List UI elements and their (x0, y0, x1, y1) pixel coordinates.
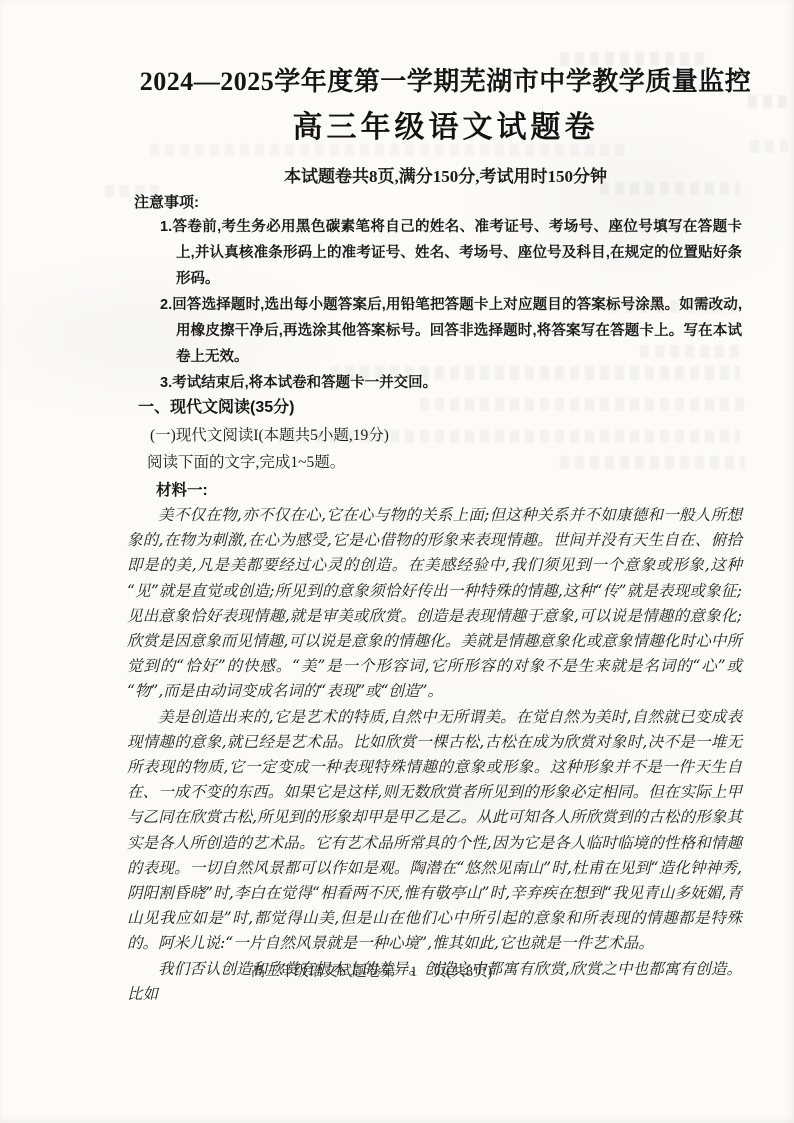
scan-smudge (750, 140, 788, 153)
material-one-label: 材料一: (156, 479, 742, 503)
page-content: 2024—2025学年度第一学期芜湖市中学教学质量监控 高三年级语文试题卷 本试… (127, 0, 742, 1007)
exam-title-line2: 高三年级语文试题卷 (138, 111, 753, 145)
passage-paragraph-1: 美不仅在物,亦不仅在心,它在心与物的关系上面;但这种关系并不如康德和一般人所想象… (127, 503, 742, 705)
exam-info-line: 本试题卷共8页,满分150分,考试用时150分钟 (138, 166, 753, 188)
section-heading: 一、现代文阅读(35分) (138, 396, 742, 420)
notice-heading: 注意事项: (134, 192, 742, 214)
reading-instruction: 阅读下面的文字,完成1~5题。 (147, 451, 742, 475)
exam-paper-page: 2024—2025学年度第一学期芜湖市中学教学质量监控 高三年级语文试题卷 本试… (0, 0, 794, 1123)
notice-section: 注意事项: 1.答卷前,考生务必用黑色碳素笔将自己的姓名、准考证号、考场号、座位… (127, 192, 742, 396)
notice-item-3: 3.考试结束后,将本试卷和答题卡一并交回。 (160, 370, 742, 396)
reading-section: 一、现代文阅读(35分) (一)现代文阅读I(本题共5小题,19分) 阅读下面的… (127, 396, 742, 1007)
exam-title-line1: 2024—2025学年度第一学期芜湖市中学教学质量监控 (138, 66, 753, 98)
page-footer: 高三年级语文试题卷第 1 页(共8页) (64, 960, 679, 981)
notice-item-2: 2.回答选择题时,选出每小题答案后,用铅笔把答题卡上对应题目的答案标号涂黑。如需… (160, 292, 742, 370)
passage-material-one: 美不仅在物,亦不仅在心,它在心与物的关系上面;但这种关系并不如康德和一般人所想象… (127, 503, 742, 1007)
subsection-heading: (一)现代文阅读I(本题共5小题,19分) (150, 424, 742, 448)
notice-item-1: 1.答卷前,考生务必用黑色碳素笔将自己的姓名、准考证号、考场号、座位号填写在答题… (160, 214, 742, 292)
passage-paragraph-2: 美是创造出来的,它是艺术的特质,自然中无所谓美。在觉自然为美时,自然就已变成表现… (127, 705, 742, 957)
scan-smudge (748, 95, 788, 108)
notice-items: 1.答卷前,考生务必用黑色碳素笔将自己的姓名、准考证号、考场号、座位号填写在答题… (160, 214, 742, 396)
exam-header: 2024—2025学年度第一学期芜湖市中学教学质量监控 高三年级语文试题卷 本试… (138, 66, 753, 188)
